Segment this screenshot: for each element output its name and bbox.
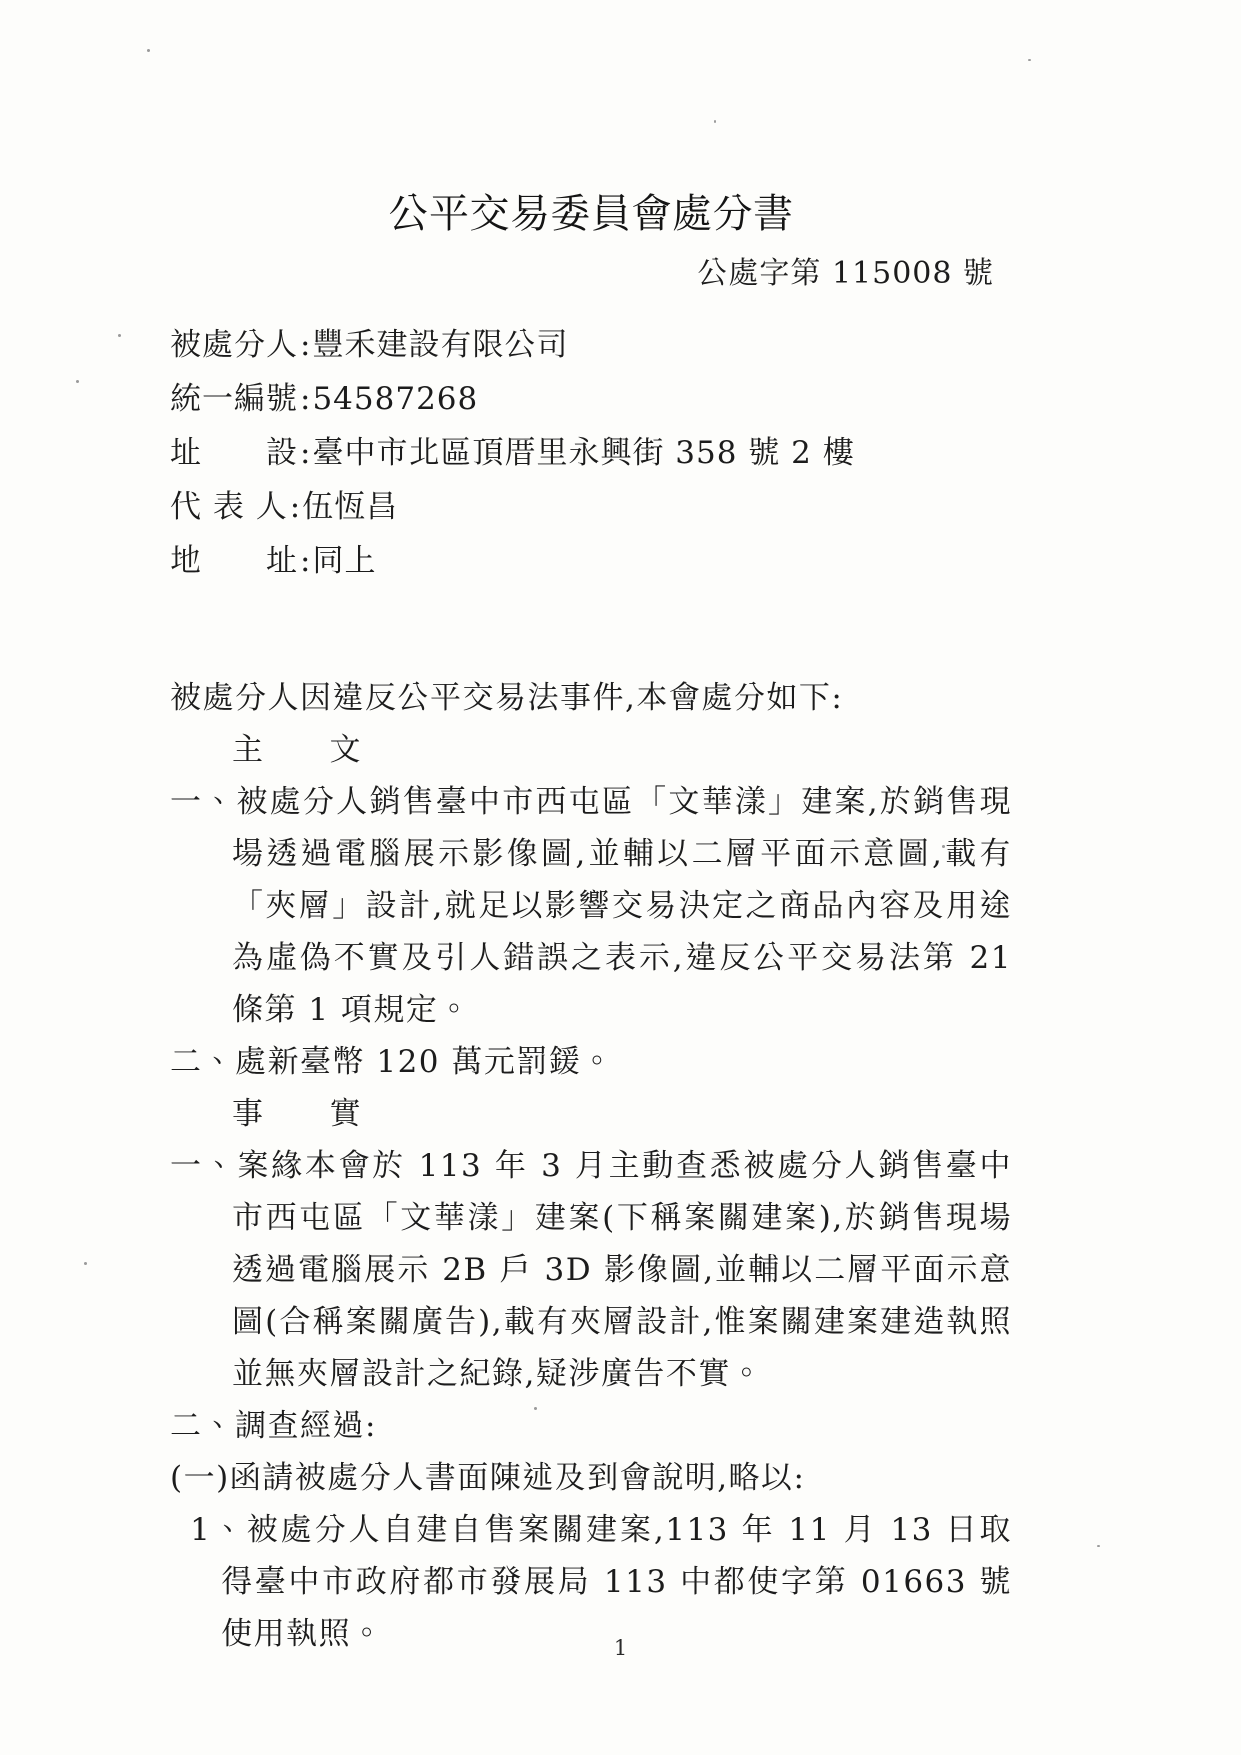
scan-speck bbox=[1028, 59, 1031, 61]
field-label: 統一編號 bbox=[170, 381, 298, 417]
facts-subitem: (一)函請被處分人書面陳述及到會說明,略以: bbox=[170, 1452, 1012, 1504]
item-text: 調查經過: bbox=[235, 1408, 377, 1444]
item-marker: 二、 bbox=[170, 1044, 235, 1080]
facts-item: 一、案緣本會於 113 年 3 月主動查悉被處分人銷售臺中市西屯區「文華漾」建案… bbox=[170, 1140, 1012, 1400]
document-content: 公平交易委員會處分書 公處字第 115008 號 被處分人:豐禾建設有限公司 統… bbox=[170, 0, 1012, 1660]
field-colon: : bbox=[298, 381, 312, 417]
scan-speck bbox=[84, 1262, 87, 1265]
field-label: 被處分人 bbox=[170, 327, 298, 363]
item-marker: 一、 bbox=[170, 1148, 237, 1184]
scan-speck bbox=[1097, 1545, 1100, 1547]
scan-speck bbox=[76, 380, 79, 383]
facts-item: 二、調查經過: bbox=[170, 1400, 1012, 1452]
field-colon: : bbox=[288, 489, 302, 525]
item-marker: 1、 bbox=[190, 1512, 247, 1548]
field-value: 伍恆昌 bbox=[302, 489, 398, 525]
page-number: 1 bbox=[0, 1636, 1241, 1660]
recipient-info-block: 被處分人:豐禾建設有限公司 統一編號:54587268 址 設:臺中市北區頂厝里… bbox=[170, 318, 1012, 588]
item-text: 被處分人自建自售案關建案,113 年 11 月 13 日取得臺中市政府都市發展局… bbox=[221, 1512, 1012, 1652]
main-text-heading: 主 文 bbox=[170, 724, 1012, 776]
field-row-registered-address: 址 設:臺中市北區頂厝里永興街 358 號 2 樓 bbox=[170, 426, 1012, 480]
scan-speck bbox=[147, 49, 150, 52]
field-value: 同上 bbox=[312, 543, 376, 579]
field-value: 臺中市北區頂厝里永興街 358 號 2 樓 bbox=[312, 435, 854, 471]
main-text-item: 二、處新臺幣 120 萬元罰鍰。 bbox=[170, 1036, 1012, 1088]
field-label: 代 表 人 bbox=[170, 489, 288, 525]
field-row-tax-id: 統一編號:54587268 bbox=[170, 372, 1012, 426]
field-label: 地 址 bbox=[170, 543, 298, 579]
field-colon: : bbox=[298, 543, 312, 579]
document-body: 被處分人因違反公平交易法事件,本會處分如下: 主 文 一、被處分人銷售臺中市西屯… bbox=[170, 672, 1012, 1660]
field-value: 54587268 bbox=[312, 381, 478, 417]
field-row-respondent: 被處分人:豐禾建設有限公司 bbox=[170, 318, 1012, 372]
facts-heading: 事 實 bbox=[170, 1088, 1012, 1140]
field-colon: : bbox=[298, 327, 312, 363]
document-title: 公平交易委員會處分書 bbox=[170, 0, 1012, 242]
field-value: 豐禾建設有限公司 bbox=[312, 327, 568, 363]
field-row-address: 地 址:同上 bbox=[170, 534, 1012, 588]
scan-speck bbox=[118, 334, 121, 337]
case-number: 公處字第 115008 號 bbox=[170, 254, 1012, 294]
field-row-representative: 代 表 人:伍恆昌 bbox=[170, 480, 1012, 534]
field-label: 址 設 bbox=[170, 435, 298, 471]
item-text: 被處分人銷售臺中市西屯區「文華漾」建案,於銷售現場透過電腦展示影像圖,並輔以二層… bbox=[232, 784, 1012, 1028]
scanned-document-page: 公平交易委員會處分書 公處字第 115008 號 被處分人:豐禾建設有限公司 統… bbox=[0, 0, 1241, 1755]
item-marker: 二、 bbox=[170, 1408, 235, 1444]
field-colon: : bbox=[298, 435, 312, 471]
item-text: 案緣本會於 113 年 3 月主動查悉被處分人銷售臺中市西屯區「文華漾」建案(下… bbox=[232, 1148, 1012, 1392]
main-text-item: 一、被處分人銷售臺中市西屯區「文華漾」建案,於銷售現場透過電腦展示影像圖,並輔以… bbox=[170, 776, 1012, 1036]
item-text: 處新臺幣 120 萬元罰鍰。 bbox=[235, 1044, 614, 1080]
item-text: 函請被處分人書面陳述及到會說明,略以: bbox=[230, 1460, 806, 1496]
item-marker: (一) bbox=[170, 1460, 230, 1496]
intro-sentence: 被處分人因違反公平交易法事件,本會處分如下: bbox=[170, 672, 1012, 724]
item-marker: 一、 bbox=[170, 784, 236, 820]
